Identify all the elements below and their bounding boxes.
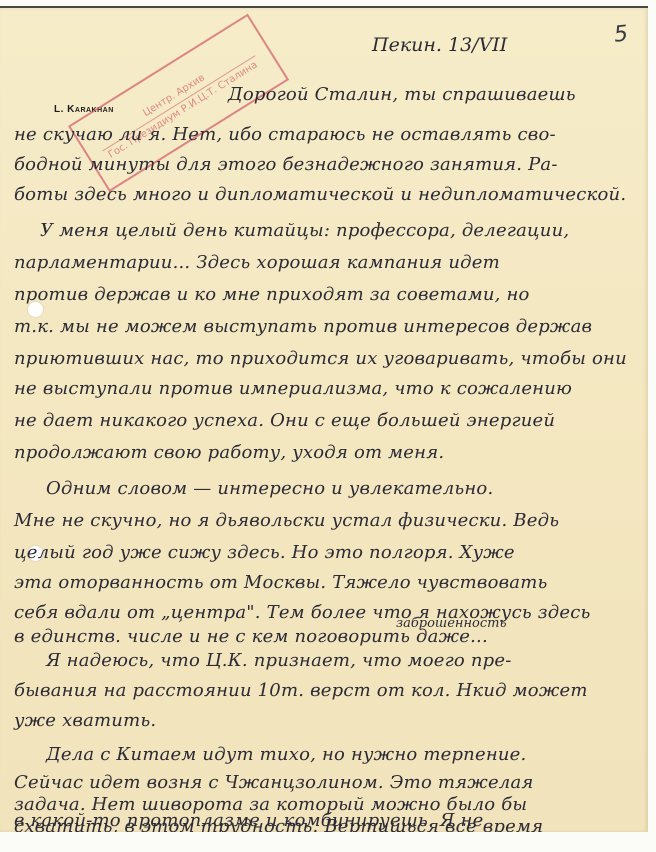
letter-line: Одним словом — интересно и увлекательно.: [46, 478, 638, 499]
letter-line: Мне не скучно, но я дьявольски устал физ…: [14, 510, 638, 531]
letter-line: боты здесь много и дипломатической и нед…: [14, 184, 638, 205]
letter-line: бывания на расстоянии 10т. верст от кол.…: [14, 680, 638, 701]
letter-line: целый год уже сижу здесь. Но это полгоря…: [14, 542, 638, 563]
letter-line: против держав и ко мне приходят за совет…: [14, 284, 638, 305]
letter-line: Дорогой Сталин, ты спрашиваешь: [228, 84, 638, 105]
letter-line: в единств. числе и не с кем поговорить д…: [14, 626, 638, 647]
letter-line: продолжают свою работу, уходя от меня.: [14, 442, 638, 463]
letter-line: У меня целый день китайцы: профессора, д…: [40, 220, 638, 241]
letter-line: в какой-то протоплазме и комбинируешь. Я…: [14, 810, 646, 831]
letter-line: бодной минуты для этого безнадежного зан…: [14, 154, 638, 175]
letter-line: не дает никакого успеха. Они с еще больш…: [14, 410, 638, 431]
letter-line: приютивших нас, то приходится их уговари…: [14, 348, 638, 369]
letter-line: уже хватить.: [14, 710, 638, 731]
letter-line: себя вдали от „центра". Тем более что я …: [14, 602, 638, 623]
letter-line: не выступали против империализма, что к …: [14, 378, 638, 399]
letter-line: Дела с Китаем идут тихо, но нужно терпен…: [46, 744, 638, 765]
letter-line: не скучаю ли я. Нет, ибо стараюсь не ост…: [14, 124, 638, 145]
letter-line: парламентарии... Здесь хорошая кампания …: [14, 252, 638, 273]
page-number: 5: [613, 21, 630, 47]
letter-line: эта оторванность от Москвы. Тяжело чувст…: [14, 572, 638, 593]
letter-line: т.к. мы не можем выступать против интере…: [14, 316, 638, 337]
letter-line: Я надеюсь, что Ц.К. признает, что моего …: [46, 650, 638, 671]
interlinear-insertion: заброшенность: [396, 616, 507, 631]
letter-date: Пекин. 13/VII: [372, 34, 507, 56]
letter-line: Сейчас идет возня с Чжанцзолином. Это тя…: [14, 772, 638, 793]
stamp-line-2: Гос. Президиум Р.И.Ц.Т. Сталина: [102, 55, 264, 165]
letter-page: 5 Пекин. 13/VII L. Karakhan Центр. Архив…: [0, 6, 648, 832]
